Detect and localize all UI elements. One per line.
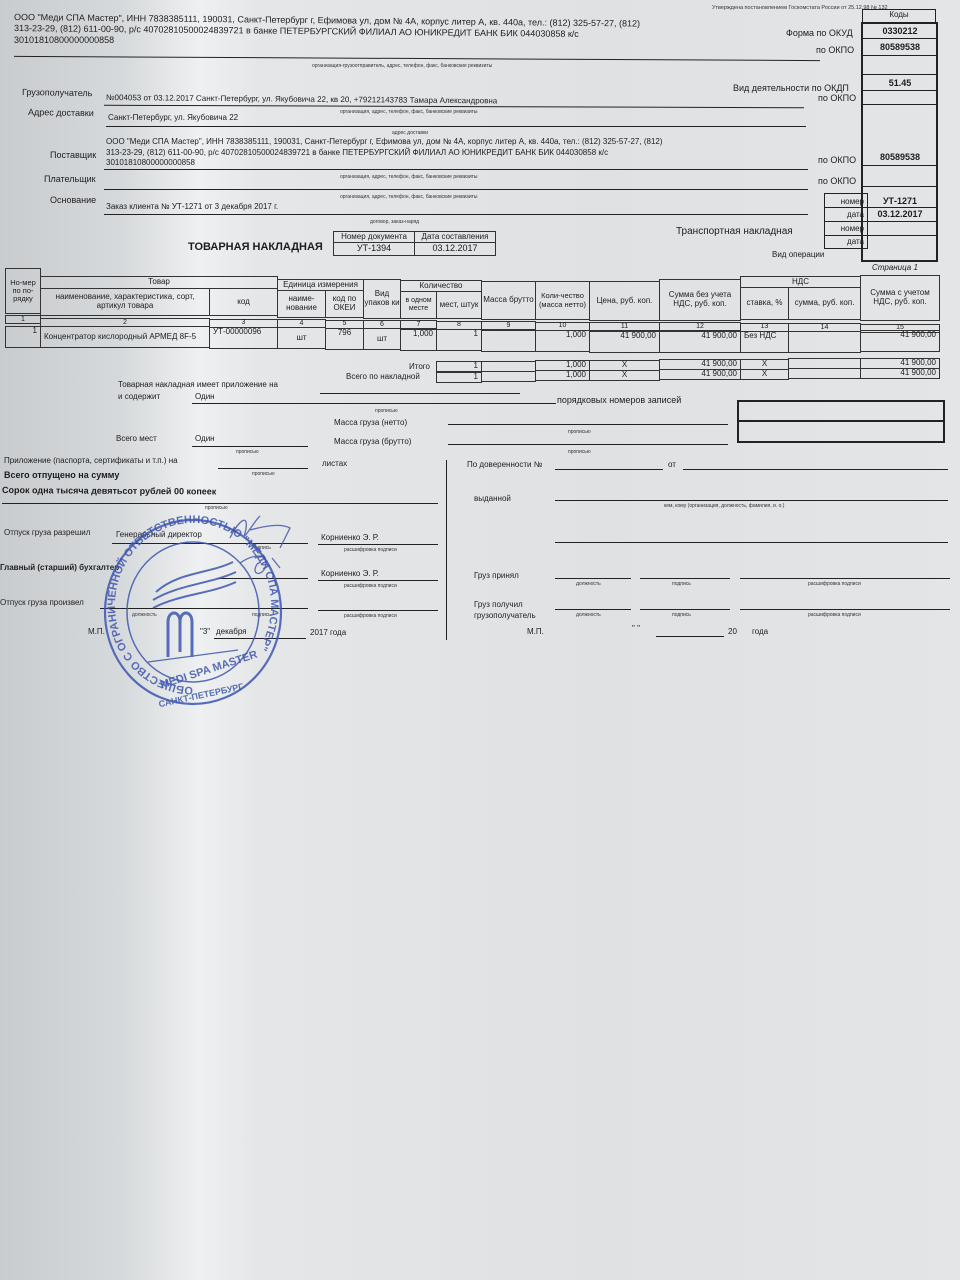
supplier-okpo-label: по ОКПО [818, 155, 856, 165]
row-code: УТ-00000096 [209, 327, 278, 349]
sheets-label: листах [322, 459, 347, 468]
th-qty-in-place: в одном месте [400, 291, 437, 319]
records-label: порядковых номеров записей [557, 395, 681, 405]
col-number: 9 [481, 321, 536, 330]
basis-caption: договор, заказ-наряд [370, 219, 419, 225]
basis-value: Заказ клиента № УТ-1271 от 3 декабря 201… [106, 202, 278, 211]
row-sum-no-vat: 41 900,00 [659, 331, 741, 353]
proxy-label: По доверенности № [467, 460, 542, 469]
row-vat-sum [788, 331, 861, 353]
released-value: Сорок одна тысяча девятьсот рублей 00 ко… [2, 485, 216, 496]
in-words-caption-3: прописью [236, 449, 259, 455]
mass-box-net [737, 400, 945, 422]
transport-date-label: дата [826, 237, 864, 246]
col-number: 11 [589, 322, 660, 331]
in-words-caption-4: прописью [568, 449, 591, 455]
okud-label: Форма по ОКУД [786, 28, 853, 38]
grand-total-places: 1 [436, 372, 482, 383]
caption-signature-r1: подпись [672, 581, 691, 587]
document-title: ТОВАРНАЯ НАКЛАДНАЯ [188, 241, 323, 253]
grand-total-vat-sum [788, 368, 861, 379]
row-okei: 796 [325, 328, 364, 350]
caption-decode-2: расшифровка подписи [344, 583, 397, 589]
grand-total-net-qty: 1,000 [535, 370, 590, 381]
net-mass-label: Масса груза (нетто) [334, 418, 407, 427]
row-gross [481, 330, 536, 352]
in-words-caption-5: прописью [252, 471, 275, 477]
date-right-year: 20 [728, 627, 737, 636]
consignee-value: №004053 от 03.12.2017 Санкт-Петербург, у… [106, 93, 497, 105]
caption-position-r1: должность [576, 581, 601, 587]
row-price: 41 900,00 [589, 331, 660, 353]
row-vat-rate: Без НДС [740, 331, 789, 353]
payer-label: Плательщик [44, 174, 96, 184]
grand-total-sum-with-vat: 41 900,00 [860, 368, 940, 379]
th-sum-no-vat: Сумма без учета НДС, руб. коп. [659, 279, 741, 321]
th-net-qty: Коли-чество (масса нетто) [535, 281, 590, 320]
contains-label: и содержит [118, 392, 160, 401]
caption-decode-1: расшифровка подписи [344, 547, 397, 553]
th-price: Цена, руб. коп. [589, 281, 660, 321]
gross-mass-label: Масса груза (брутто) [334, 437, 411, 446]
row-places: 1 [436, 329, 482, 351]
date-right-quotes: " " [632, 624, 640, 633]
transport-label: Транспортная накладная [676, 226, 793, 237]
basis-number-label: номер [826, 197, 864, 206]
th-qty-places: мест, штук [436, 291, 482, 319]
places-label: Всего мест [116, 434, 157, 443]
grand-total-label: Всего по накладной [346, 372, 420, 381]
row-num: 1 [5, 326, 41, 348]
th-unit-name: наиме-нование [277, 290, 326, 318]
th-gross: Масса брутто [481, 281, 536, 320]
okpo2-label: по ОКПО [818, 93, 856, 103]
row-sum-with-vat: 41 900,00 [860, 330, 940, 352]
basis-number-value: УТ-1271 [862, 196, 938, 206]
accountant-name: Корниенко Э. Р. [321, 569, 379, 578]
okdp-value: 51.45 [862, 78, 938, 88]
transport-number-label: номер [826, 224, 864, 233]
produced-label: Отпуск груза произвел [0, 598, 84, 607]
date-left-year: 2017 года [310, 628, 346, 637]
basis-label: Основание [50, 195, 96, 205]
th-vat-rate: ставка, % [740, 287, 789, 320]
issued-caption: кем, кому (организация, должность, фамил… [664, 503, 784, 509]
codes-column [861, 22, 938, 262]
proxy-from: от [668, 460, 676, 469]
shipper-line-3: 30101810800000000858 [14, 35, 114, 45]
total-places: 1 [436, 361, 482, 372]
issued-label: выданной [474, 494, 511, 503]
supplier-okpo-value: 80589538 [862, 152, 938, 162]
shipper-caption: организация-грузоотправитель, адрес, тел… [312, 63, 492, 69]
doc-date-value: 03.12.2017 [414, 242, 496, 256]
th-num: Но-мер по по-рядку [5, 268, 41, 314]
places-value: Один [195, 434, 215, 443]
grand-total-sum-no-vat: 41 900,00 [659, 369, 741, 380]
row-in-place: 1,000 [400, 329, 437, 351]
th-goods-name: наименование, характеристика, сорт, арти… [40, 288, 210, 316]
operation-label: Вид операции [772, 250, 824, 259]
allowed-name: Корниенко Э. Р. [321, 533, 379, 542]
th-goods-code: код [209, 288, 278, 316]
delivery-label: Адрес доставки [28, 107, 94, 118]
okpo-value: 80589538 [862, 42, 938, 52]
attach-label: Приложение (паспорта, сертификаты и т.п.… [4, 456, 178, 465]
in-words-caption-2: прописью [568, 429, 591, 435]
supplier-caption: организация, адрес, телефон, факс, банко… [340, 174, 478, 180]
allowed-label: Отпуск груза разрешил [4, 528, 90, 537]
released-label: Всего отпущено на сумму [4, 470, 119, 480]
mp-right: М.П. [527, 627, 544, 636]
payer-caption: организация, адрес, телефон, факс, банко… [340, 194, 478, 200]
okud-value: 0330212 [862, 26, 938, 36]
caption-decode-r2: расшифровка подписи [808, 612, 861, 618]
mass-box-gross [737, 420, 945, 443]
got-label-1: Груз получил [474, 600, 523, 609]
supplier-label: Поставщик [50, 150, 96, 160]
row-name: Концентратор кислородный АРМЕД 8F-5 [40, 326, 210, 348]
grand-total-vat-rate: Х [740, 369, 789, 380]
caption-decode-3: расшифровка подписи [344, 613, 397, 619]
row-unit: шт [277, 327, 326, 349]
document-page: Утверждена постановлением Госкомстата Ро… [0, 0, 960, 1280]
got-label-2: грузополучатель [474, 611, 536, 620]
received-label: Груз принял [474, 571, 519, 580]
th-unit-okei: код по ОКЕИ [325, 290, 364, 318]
date-right-suffix: года [752, 627, 768, 636]
supplier-line-2: 313-23-29, (812) 611-00-90, р/с 40702810… [106, 148, 608, 157]
payer-okpo-label: по ОКПО [818, 176, 856, 186]
caption-signature-r2: подпись [672, 612, 691, 618]
supplier-line-1: ООО "Меди СПА Мастер", ИНН 7838385111, 1… [106, 137, 663, 146]
row-net-qty: 1,000 [535, 330, 590, 352]
consignee-label: Грузополучатель [22, 87, 93, 98]
contains-value: Один [195, 392, 215, 401]
okdp-label: Вид деятельности по ОКДП [733, 83, 849, 93]
supplier-line-3: 30101810800000000858 [106, 158, 195, 167]
delivery-value: Санкт-Петербург, ул. Якубовича 22 [108, 113, 238, 122]
basis-date-label: дата [826, 210, 864, 219]
col-number: 1 [5, 315, 41, 324]
caption-position-r2: должность [576, 612, 601, 618]
svg-text:MEDI SPA MASTER: MEDI SPA MASTER [159, 649, 259, 692]
page-label: Страница 1 [872, 263, 918, 272]
signature-icon [210, 508, 300, 588]
appendix-label: Товарная накладная имеет приложение на [118, 380, 278, 389]
doc-number-value: УТ-1394 [333, 242, 415, 256]
total-label: Итого [409, 362, 430, 371]
th-pack: Вид упаков ки [363, 279, 401, 319]
consignee-caption: организация, адрес, телефон, факс, банко… [340, 109, 478, 115]
grand-total-price: Х [589, 370, 660, 381]
th-vat-sum: сумма, руб. коп. [788, 287, 861, 320]
th-sum-with-vat: Сумма с учетом НДС, руб. коп. [860, 275, 940, 321]
caption-decode-r1: расшифровка подписи [808, 581, 861, 587]
delivery-caption: адрес доставки [392, 130, 428, 136]
okpo-label: по ОКПО [816, 45, 854, 55]
row-pack: шт [363, 328, 401, 350]
basis-date-value: 03.12.2017 [862, 209, 938, 219]
in-words-caption-1: прописью [375, 408, 398, 414]
